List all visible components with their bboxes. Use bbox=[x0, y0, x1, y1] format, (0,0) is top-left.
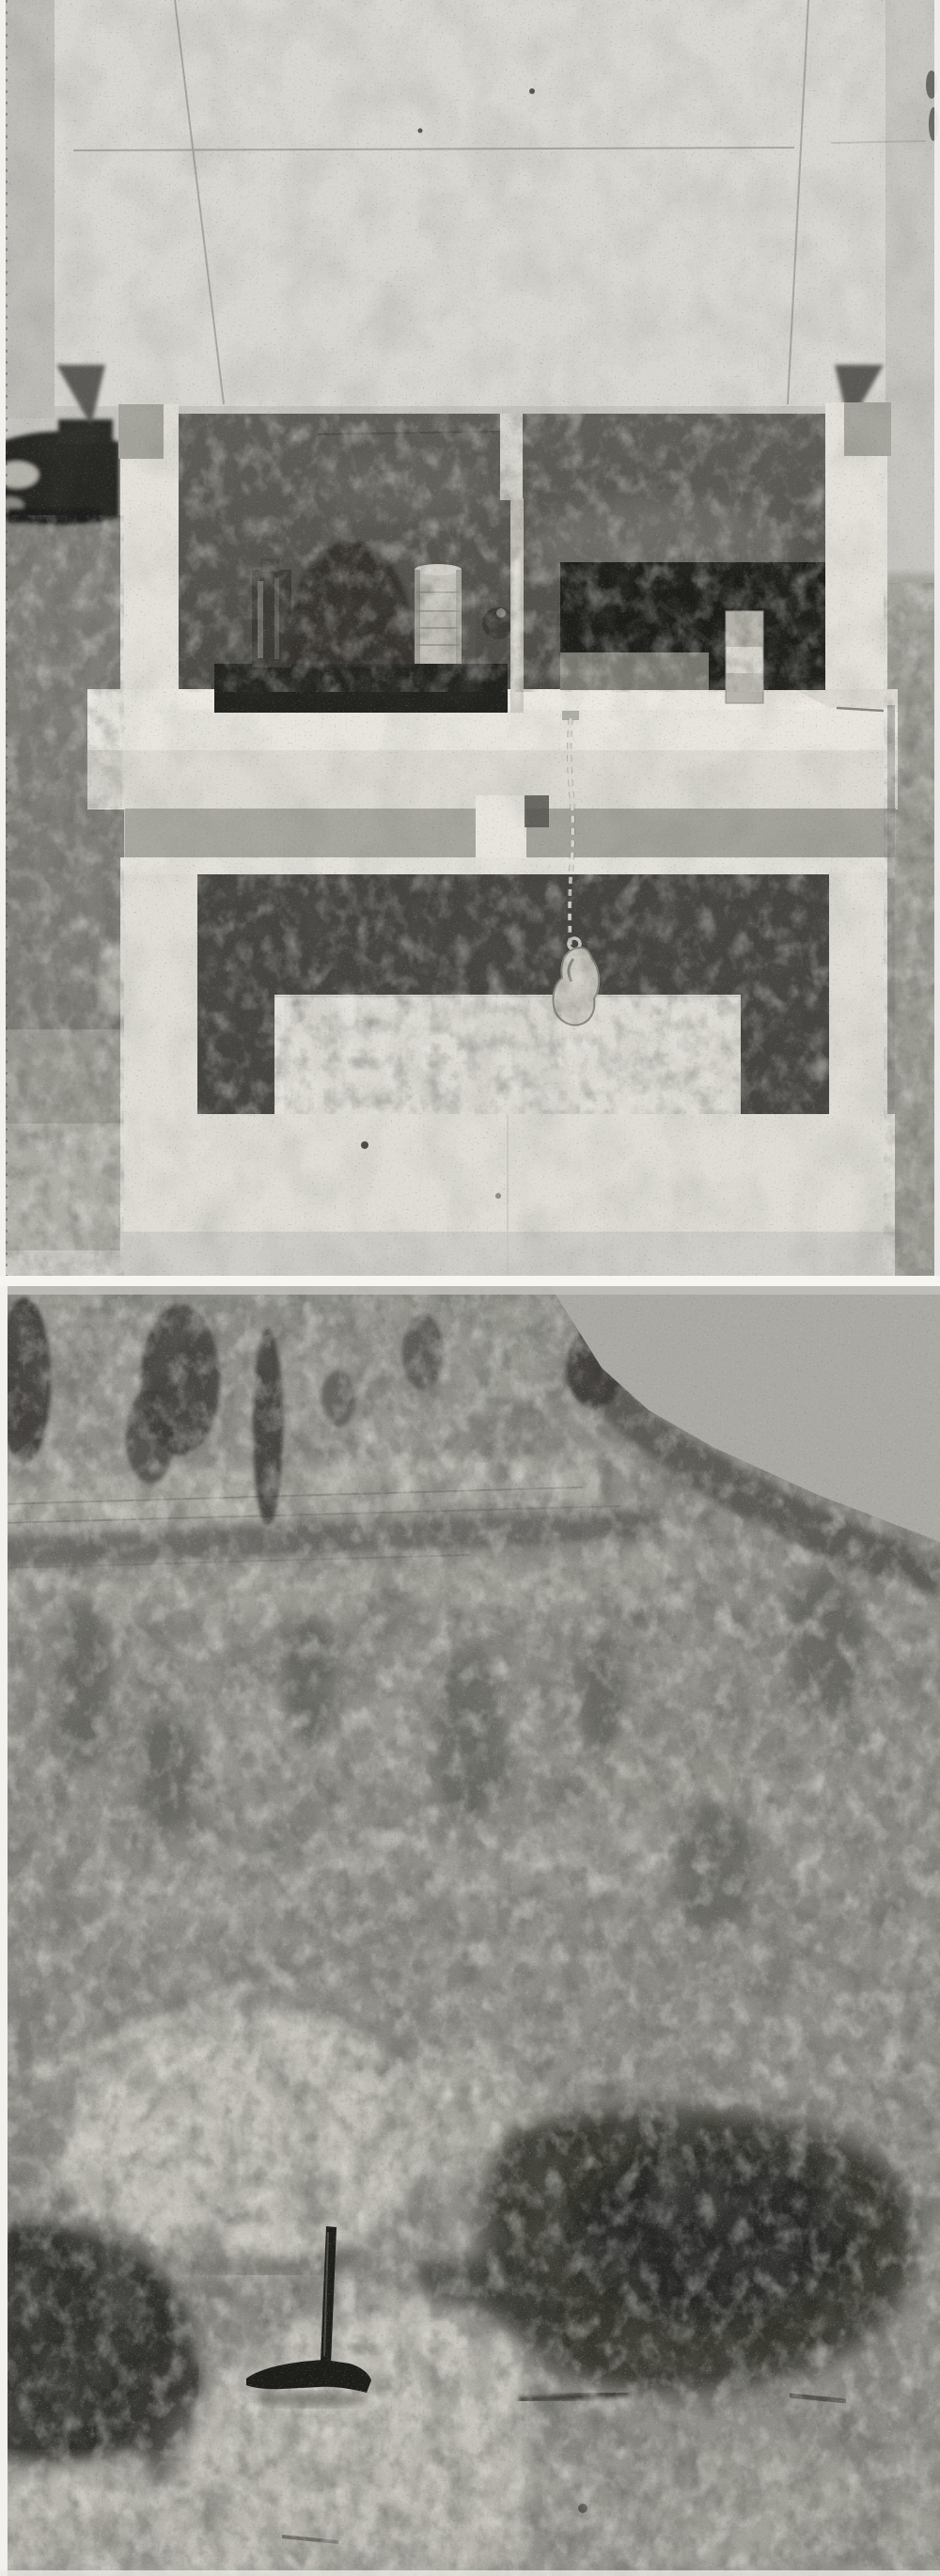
bottom-margin bbox=[0, 2570, 940, 2576]
photo-instrument-shelter bbox=[0, 0, 940, 1276]
top-strip bbox=[0, 1286, 940, 1295]
photo-separator bbox=[0, 1276, 940, 1286]
photo-2-scene bbox=[0, 1286, 940, 2576]
photo-cliff-outcrop bbox=[0, 1286, 940, 2576]
left-margin bbox=[0, 0, 6, 1276]
left-margin bbox=[0, 1286, 8, 2576]
photo-1-scene bbox=[0, 0, 940, 1276]
photo-1-grain bbox=[0, 0, 940, 1276]
scanned-page bbox=[0, 0, 940, 2576]
photo-2-grain bbox=[0, 1286, 940, 2576]
right-margin bbox=[934, 0, 940, 1276]
